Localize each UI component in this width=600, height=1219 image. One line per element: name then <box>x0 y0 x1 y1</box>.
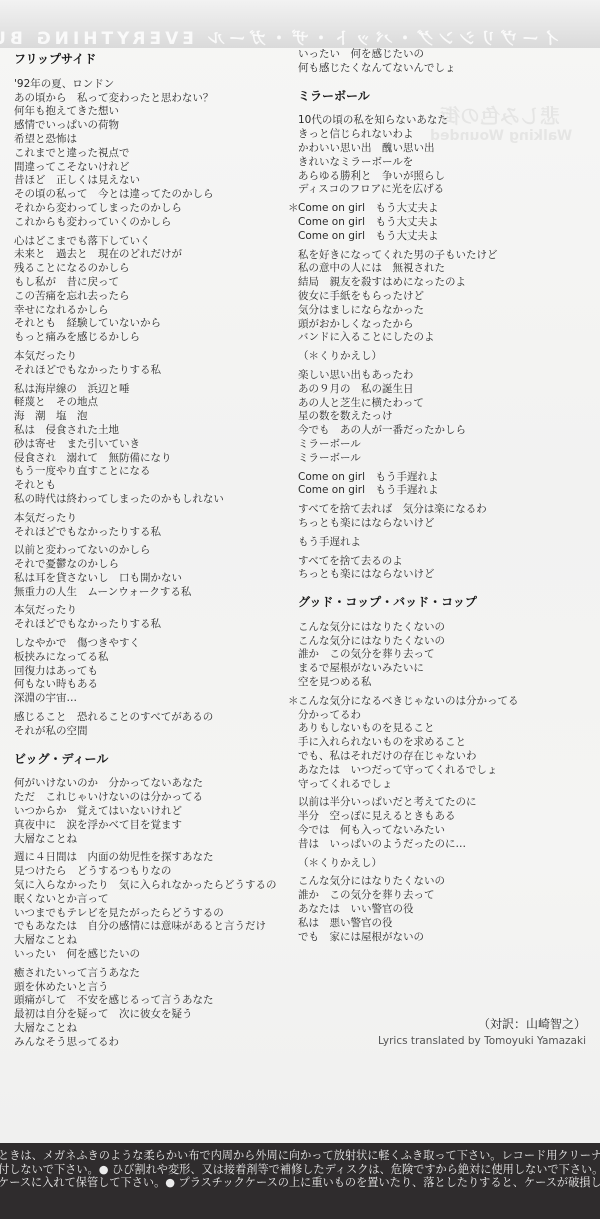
song-title: ミラーボール <box>298 90 588 104</box>
song-big-deal-continued: いったい 何を感じたいの 何も感じたくなんてないんでしょ <box>298 48 588 76</box>
lyric-line: 何年も抱えてきた想い <box>14 105 289 119</box>
stanza: すべてを捨て去るのよ ちっとも楽にはならないけど <box>298 555 588 583</box>
lyric-line: Come on girl もう大丈夫よ <box>298 216 588 230</box>
lyric-line: これからも変わっていくのかしら <box>14 216 289 230</box>
song-title: ビッグ・ディール <box>14 753 289 767</box>
stanza: すべてを捨て去れば 気分は楽になるわ ちっとも楽にはならないけど <box>298 503 588 531</box>
stanza: 以前と変わってないのかしら それで憂鬱なのかしら 私は耳を貸さないし 口も開かな… <box>14 544 289 599</box>
lyric-line: 守ってくれるでしょ <box>298 778 588 792</box>
stanza: 楽しい思い出もあったわ あの９月の 私の誕生日 あの人と芝生に横たわって 星の数… <box>298 369 588 466</box>
lyric-line: 私の意中の人には 無視された <box>298 262 588 276</box>
stanza: 心はどこまでも落下していく 未来と 過去と 現在のどれだけが 残ることになるのか… <box>14 235 289 345</box>
stanza: もう手遅れよ <box>298 536 588 550</box>
lyric-line: 未来と 過去と 現在のどれだけが <box>14 248 289 262</box>
stanza: しなやかで 傷つきやすく 板挟みになってる私 回復力はあっても 何もない時もある… <box>14 637 289 706</box>
lyric-line: 本気だったり <box>14 350 289 364</box>
lyric-line: きっと信じられないわよ <box>298 128 588 142</box>
header-banner: イーヴリシング・バット・ザ・ガール EVERYTHING BUT THE GIR… <box>0 0 600 48</box>
lyric-line: でもあなたは 自分の感情には意味があると言うだけ <box>14 920 289 934</box>
lyric-line: 10代の頃の私を知らないあなた <box>298 114 588 128</box>
lyric-line: 私は 侵食された土地 <box>14 424 289 438</box>
lyric-line: 手に入れられないものを求めること <box>298 736 588 750</box>
lyric-line: Come on girl もう大丈夫よ <box>298 230 588 244</box>
lyric-line: すべてを捨て去るのよ <box>298 555 588 569</box>
lyric-line: 大層なことね <box>14 833 289 847</box>
song-mirrorball: ミラーボール 10代の頃の私を知らないあなた きっと信じられないわよ かわいい思… <box>298 90 588 583</box>
song-title: フリップサイド <box>14 53 289 67</box>
song-flipside: フリップサイド '92年の夏、ロンドン あの頃から 私って変わったと思わない？ … <box>14 53 289 739</box>
lyric-line: ただ これじゃいけないのは分かってる <box>14 791 289 805</box>
lyric-line: それで憂鬱なのかしら <box>14 558 289 572</box>
lyric-text: Come on girl もう大丈夫よ <box>298 202 439 214</box>
lyric-line: バンドに入ることにしたのよ <box>298 331 588 345</box>
lyric-line: 板挟みになってる私 <box>14 651 289 665</box>
lyric-line: それほどでもなかったりする私 <box>14 618 289 632</box>
stanza: '92年の夏、ロンドン あの頃から 私って変わったと思わない？ 何年も抱えてきた… <box>14 78 289 230</box>
stanza: 何がいけないのか 分かってないあなた ただ これじゃいけないのは分かってる いつ… <box>14 777 289 846</box>
left-column: フリップサイド '92年の夏、ロンドン あの頃から 私って変わったと思わない？ … <box>14 48 289 1050</box>
lyric-line: 希望と恐怖は <box>14 133 289 147</box>
notice-line: 付しないで下さい。● ひび割れや変形、又は接着剤等で補修したディスクは、危険です… <box>0 1163 600 1177</box>
lyric-line: でも 家には屋根がないの <box>298 931 588 945</box>
lyric-line: しなやかで 傷つきやすく <box>14 637 289 651</box>
lyric-line: 気分はましにならなかった <box>298 304 588 318</box>
lyric-line: 空を見つめる私 <box>298 676 588 690</box>
lyric-line: 深淵の宇宙… <box>14 692 289 706</box>
lyric-line: 分かってるわ <box>298 709 588 723</box>
lyric-line: 彼女に手紙をもらったけど <box>298 290 588 304</box>
stanza: 週に４日間は 内面の幼児性を探すあなた 見つけたら どうするつもりなの 気に入ら… <box>14 851 289 961</box>
lyric-line: あなたは いい警官の役 <box>298 903 588 917</box>
lyric-line: 気に入らなかったり 気に入られなかったらどうするの <box>14 879 289 893</box>
lyric-line: Come on girl もう手遅れよ <box>298 471 588 485</box>
lyric-line: いったい 何を感じたいの <box>298 48 588 62</box>
lyric-line: ありもしないものを見ること <box>298 722 588 736</box>
lyric-line: 私は耳を貸さないし 口も開かない <box>14 572 289 586</box>
lyric-line: 半分 空っぽに見えるときもある <box>298 810 588 824</box>
lyric-line: '92年の夏、ロンドン <box>14 78 289 92</box>
lyric-line: 砂は寄せ また引いていき <box>14 438 289 452</box>
stanza: 10代の頃の私を知らないあなた きっと信じられないわよ かわいい思い出 醜い思い… <box>298 114 588 197</box>
lyric-line: 眠くないとか言って <box>14 893 289 907</box>
lyric-line: ＊Come on girl もう大丈夫よ <box>298 202 588 216</box>
lyric-line: 無重力の人生 ムーンウォークする私 <box>14 586 289 600</box>
lyric-line: ちっとも楽にはならないけど <box>298 517 588 531</box>
lyric-line: かわいい思い出 醜い思い出 <box>298 142 588 156</box>
lyric-line: それとも 経験していないから <box>14 317 289 331</box>
lyric-line: 今では 何も入ってないみたい <box>298 824 588 838</box>
chorus-stanza: ＊Come on girl もう大丈夫よ Come on girl もう大丈夫よ… <box>298 202 588 243</box>
notice-line: ときは、メガネふきのような柔らかい布で内周から外周に向かって放射状に軽くふき取っ… <box>0 1149 600 1163</box>
chorus-stanza: ＊こんな気分になるべきじゃないのは分かってる 分かってるわ ありもしないものを見… <box>298 695 588 792</box>
lyric-line: 感じること 恐れることのすべてがあるの <box>14 711 289 725</box>
lyric-line: それとも <box>14 479 289 493</box>
lyric-line: 週に４日間は 内面の幼児性を探すあなた <box>14 851 289 865</box>
lyric-line: 癒されたいって言うあなた <box>14 967 289 981</box>
lyric-line: あらゆる勝利と 争いが照らし <box>298 170 588 184</box>
right-column: いったい 何を感じたいの 何も感じたくなんてないんでしょ ミラーボール 10代の… <box>298 48 588 944</box>
stanza: 私を好きになってくれた男の子もいたけど 私の意中の人には 無視された 結局 親友… <box>298 249 588 346</box>
lyric-line: Come on girl もう手遅れよ <box>298 484 588 498</box>
lyric-line: これまでと違った視点で <box>14 147 289 161</box>
lyric-line: ＊こんな気分になるべきじゃないのは分かってる <box>298 695 588 709</box>
repeat-marker: ＊ <box>288 202 299 216</box>
lyric-line: その頃の私って 今とは違ってたのかしら <box>14 188 289 202</box>
lyric-line: もう手遅れよ <box>298 536 588 550</box>
lyric-line: いつからか 覚えてはいないけれど <box>14 805 289 819</box>
lyric-line: あなたは いつだって守ってくれるでしょ <box>298 764 588 778</box>
lyric-line: 何もない時もある <box>14 678 289 692</box>
lyric-line: 昔は いっぱいのようだったのに… <box>298 838 588 852</box>
lyric-line: 楽しい思い出もあったわ <box>298 369 588 383</box>
lyric-line: 以前と変わってないのかしら <box>14 544 289 558</box>
lyric-line: あの人と芝生に横たわって <box>298 397 588 411</box>
lyric-line: 大層なことね <box>14 934 289 948</box>
mirrored-band-name: イーヴリシング・バット・ザ・ガール EVERYTHING BUT THE GIR… <box>0 24 560 49</box>
lyric-line: 誰か この気分を葬り去って <box>298 648 588 662</box>
lyric-line: 星の数を数えたっけ <box>298 410 588 424</box>
lyric-line: 見つけたら どうするつもりなの <box>14 865 289 879</box>
lyric-line: （＊くりかえし） <box>298 857 588 871</box>
lyric-line: 本気だったり <box>14 604 289 618</box>
lyric-line: こんな気分にはなりたくないの <box>298 621 588 635</box>
stanza: 私は海岸線の 浜辺と唾 軽蔑と その地点 海 潮 塩 泡 私は 侵食された土地 … <box>14 383 289 507</box>
lyric-line: それほどでもなかったりする私 <box>14 526 289 540</box>
lyric-line: 幸せになれるかしら <box>14 304 289 318</box>
lyric-line: 間違ってこそないけれど <box>14 161 289 175</box>
lyric-line: 何がいけないのか 分かってないあなた <box>14 777 289 791</box>
lyric-line: それが私の空間 <box>14 725 289 739</box>
lyric-line: 頭がおかしくなったから <box>298 318 588 332</box>
lyric-line: 真夜中に 涙を浮かべて目を覚ます <box>14 819 289 833</box>
lyric-line: 私の時代は終わってしまったのかもしれない <box>14 493 289 507</box>
song-big-deal: ビッグ・ディール 何がいけないのか 分かってないあなた ただ これじゃいけないの… <box>14 753 289 1050</box>
lyric-line: 誰か この気分を葬り去って <box>298 889 588 903</box>
repeat-instruction: （＊くりかえし） <box>298 857 588 871</box>
stanza: Come on girl もう手遅れよ Come on girl もう手遅れよ <box>298 471 588 499</box>
lyric-line: 以前は半分いっぱいだと考えてたのに <box>298 796 588 810</box>
lyric-line: 結局 親友を殺すはめになったのよ <box>298 276 588 290</box>
lyric-line: 最初は自分を疑って 次に彼女を疑う <box>14 1008 289 1022</box>
lyric-line: 私は 悪い警官の役 <box>298 917 588 931</box>
disc-care-notice: ときは、メガネふきのような柔らかい布で内周から外周に向かって放射状に軽くふき取っ… <box>0 1143 600 1219</box>
lyric-line: それほどでもなかったりする私 <box>14 364 289 378</box>
lyric-line: 海 潮 塩 泡 <box>14 410 289 424</box>
lyric-line: もう一度やり直すことになる <box>14 465 289 479</box>
lyric-line: こんな気分にはなりたくないの <box>298 875 588 889</box>
stanza: いったい 何を感じたいの 何も感じたくなんてないんでしょ <box>298 48 588 76</box>
lyric-sheet-page: イーヴリシング・バット・ザ・ガール EVERYTHING BUT THE GIR… <box>0 0 600 1219</box>
lyric-line: あの９月の 私の誕生日 <box>298 383 588 397</box>
lyric-line: 私を好きになってくれた男の子もいたけど <box>298 249 588 263</box>
lyric-line: 私は海岸線の 浜辺と唾 <box>14 383 289 397</box>
lyric-line: いったい 何を感じたいの <box>14 948 289 962</box>
repeat-instruction: （＊くりかえし） <box>298 350 588 364</box>
lyric-line: ちっとも楽にはならないけど <box>298 568 588 582</box>
lyric-line: 回復力はあっても <box>14 665 289 679</box>
lyric-line: こんな気分にはなりたくないの <box>298 635 588 649</box>
lyric-line: まるで屋根がないみたいに <box>298 662 588 676</box>
lyric-line: きれいなミラーボールを <box>298 156 588 170</box>
lyric-line: 何も感じたくなんてないんでしょ <box>298 62 588 76</box>
lyric-line: 本気だったり <box>14 512 289 526</box>
lyric-line: ミラーボール <box>298 452 588 466</box>
lyric-line: それから変わってしまったのかしら <box>14 202 289 216</box>
lyric-line: ミラーボール <box>298 438 588 452</box>
stanza: 本気だったり それほどでもなかったりする私 <box>14 350 289 378</box>
lyric-line: もし私が 昔に戻って <box>14 276 289 290</box>
stanza: 以前は半分いっぱいだと考えてたのに 半分 空っぽに見えるときもある 今では 何も… <box>298 796 588 851</box>
lyric-line: 昔ほど 正しくは見えない <box>14 174 289 188</box>
stanza: 本気だったり それほどでもなかったりする私 <box>14 604 289 632</box>
lyric-line: いつまでもテレビを見たがったらどうするの <box>14 907 289 921</box>
lyric-line: 頭痛がして 不安を感じるって言うあなた <box>14 994 289 1008</box>
lyric-text: こんな気分になるべきじゃないのは分かってる <box>298 695 519 707</box>
lyric-line: あの頃から 私って変わったと思わない？ <box>14 92 289 106</box>
lyric-line: みんなそう思ってるわ <box>14 1036 289 1050</box>
stanza: 本気だったり それほどでもなかったりする私 <box>14 512 289 540</box>
repeat-marker: ＊ <box>288 695 299 709</box>
lyric-line: この苦痛を忘れ去ったら <box>14 290 289 304</box>
lyric-line: ディスコのフロアに光を広げる <box>298 183 588 197</box>
notice-line: ケースに入れて保管して下さい。● プラスチックケースの上に重いものを置いたり、落… <box>0 1176 600 1190</box>
lyric-line: 大層なことね <box>14 1022 289 1036</box>
lyric-line: 侵食され 溺れて 無防備になり <box>14 452 289 466</box>
lyric-line: 軽蔑と その地点 <box>14 396 289 410</box>
stanza: 感じること 恐れることのすべてがあるの それが私の空間 <box>14 711 289 739</box>
translator-credit-japanese: （対訳：山崎智之） <box>478 1015 586 1032</box>
lyric-line: 感情でいっぱいの荷物 <box>14 119 289 133</box>
lyric-line: 今でも あの人が一番だったかしら <box>298 424 588 438</box>
stanza: こんな気分にはなりたくないの こんな気分にはなりたくないの 誰か この気分を葬り… <box>298 621 588 690</box>
translator-credit-english: Lyrics translated by Tomoyuki Yamazaki <box>378 1035 586 1047</box>
lyric-line: 頭を休めたいと言う <box>14 981 289 995</box>
lyric-line: でも、私はそれだけの存在じゃないわ <box>298 750 588 764</box>
stanza: 癒されたいって言うあなた 頭を休めたいと言う 頭痛がして 不安を感じるって言うあ… <box>14 967 289 1050</box>
song-title: グッド・コップ・バッド・コップ <box>298 596 588 610</box>
stanza: こんな気分にはなりたくないの 誰か この気分を葬り去って あなたは いい警官の役… <box>298 875 588 944</box>
lyric-line: （＊くりかえし） <box>298 350 588 364</box>
lyric-line: 残ることになるのかしら <box>14 262 289 276</box>
lyric-line: もっと痛みを感じるかしら <box>14 331 289 345</box>
lyric-line: すべてを捨て去れば 気分は楽になるわ <box>298 503 588 517</box>
song-good-cop-bad-cop: グッド・コップ・バッド・コップ こんな気分にはなりたくないの こんな気分にはなり… <box>298 596 588 944</box>
lyric-line: 心はどこまでも落下していく <box>14 235 289 249</box>
